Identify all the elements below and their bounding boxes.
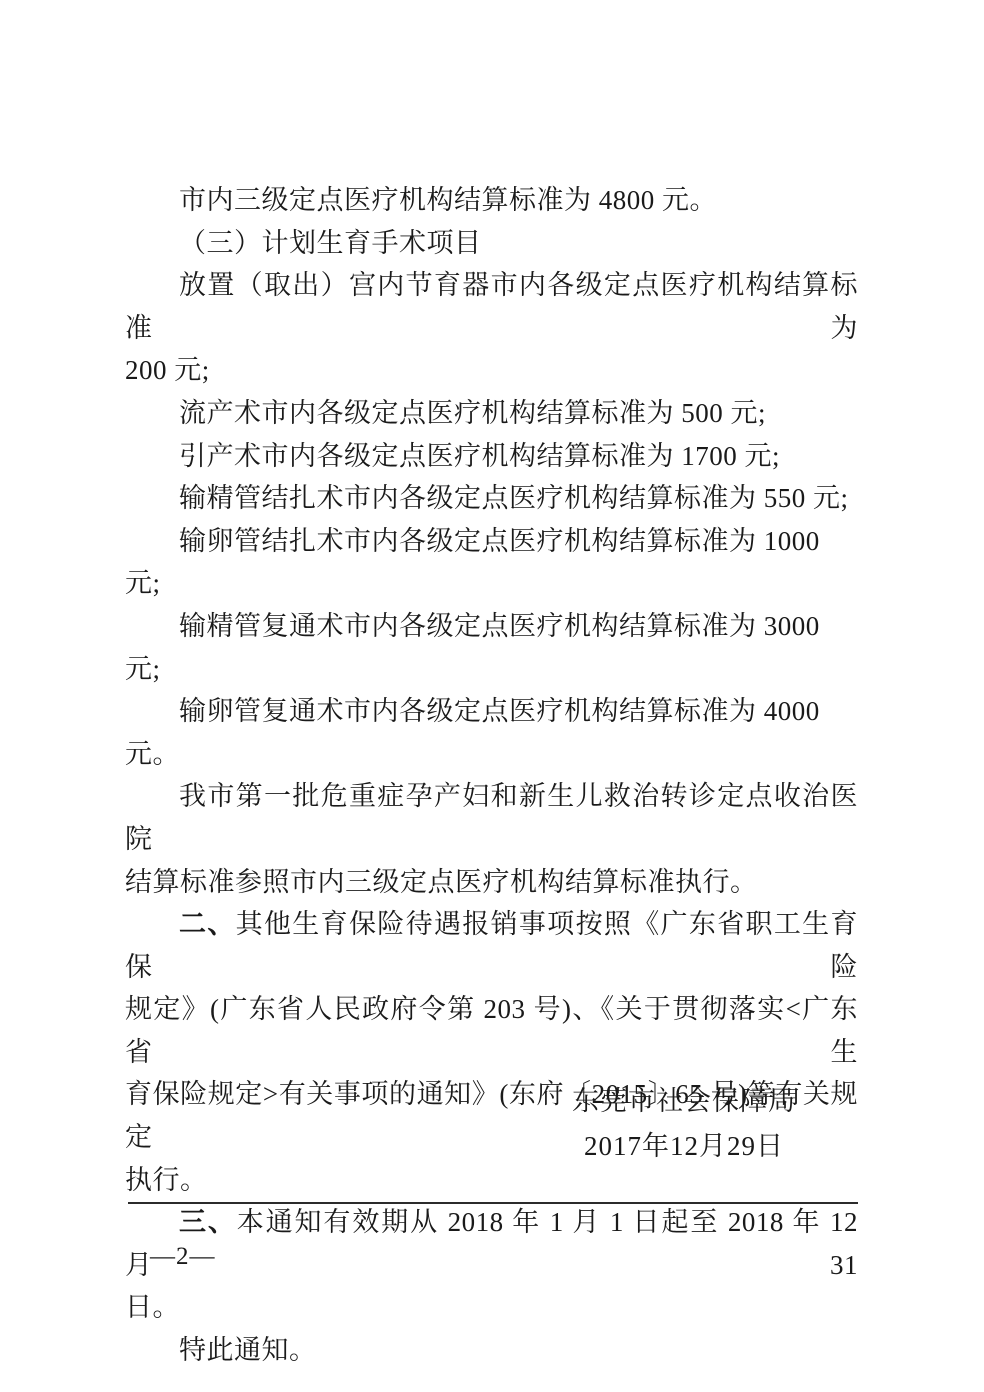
- text-line: 放置（取出）宫内节育器市内各级定点医疗机构结算标准为: [125, 264, 858, 349]
- text-line: 输卵管结扎术市内各级定点医疗机构结算标准为 1000 元;: [125, 520, 858, 605]
- document-body: 市内三级定点医疗机构结算标准为 4800 元。（三）计划生育手术项目放置（取出）…: [125, 179, 858, 1372]
- footer-rule: [128, 1202, 858, 1204]
- text-line: 三、本通知有效期从 2018 年 1 月 1 日起至 2018 年 12 月 3…: [125, 1201, 858, 1286]
- text-line: 市内三级定点医疗机构结算标准为 4800 元。: [125, 179, 858, 222]
- text-line: 输卵管复通术市内各级定点医疗机构结算标准为 4000 元。: [125, 690, 858, 775]
- text-line: 200 元;: [125, 349, 858, 392]
- text-line: 流产术市内各级定点医疗机构结算标准为 500 元;: [125, 392, 858, 435]
- text-line: 结算标准参照市内三级定点医疗机构结算标准执行。: [125, 861, 858, 904]
- text-line: 输精管复通术市内各级定点医疗机构结算标准为 3000 元;: [125, 605, 858, 690]
- section-number: 二、: [179, 909, 236, 939]
- text-line: 特此通知。: [125, 1329, 858, 1372]
- document-page: 市内三级定点医疗机构结算标准为 4800 元。（三）计划生育手术项目放置（取出）…: [0, 0, 984, 1392]
- page-number: —2—: [150, 1243, 216, 1271]
- text-line: 日。: [125, 1286, 858, 1329]
- text-line: 规定》(广东省人民政府令第 203 号)、《关于贯彻落实<广东省生: [125, 988, 858, 1073]
- text-line: 二、其他生育保险待遇报销事项按照《广东省职工生育保险: [125, 903, 858, 988]
- signature-organization: 东莞市社会保障局: [499, 1079, 869, 1124]
- text-line: 输精管结扎术市内各级定点医疗机构结算标准为 550 元;: [125, 477, 858, 520]
- signature-block: 东莞市社会保障局 2017年12月29日: [499, 1079, 869, 1169]
- text-line: 引产术市内各级定点医疗机构结算标准为 1700 元;: [125, 435, 858, 478]
- text-line: （三）计划生育手术项目: [125, 222, 858, 265]
- text-line: 我市第一批危重症孕产妇和新生儿救治转诊定点收治医院: [125, 775, 858, 860]
- section-number: 三、: [179, 1207, 237, 1237]
- signature-date: 2017年12月29日: [499, 1124, 869, 1169]
